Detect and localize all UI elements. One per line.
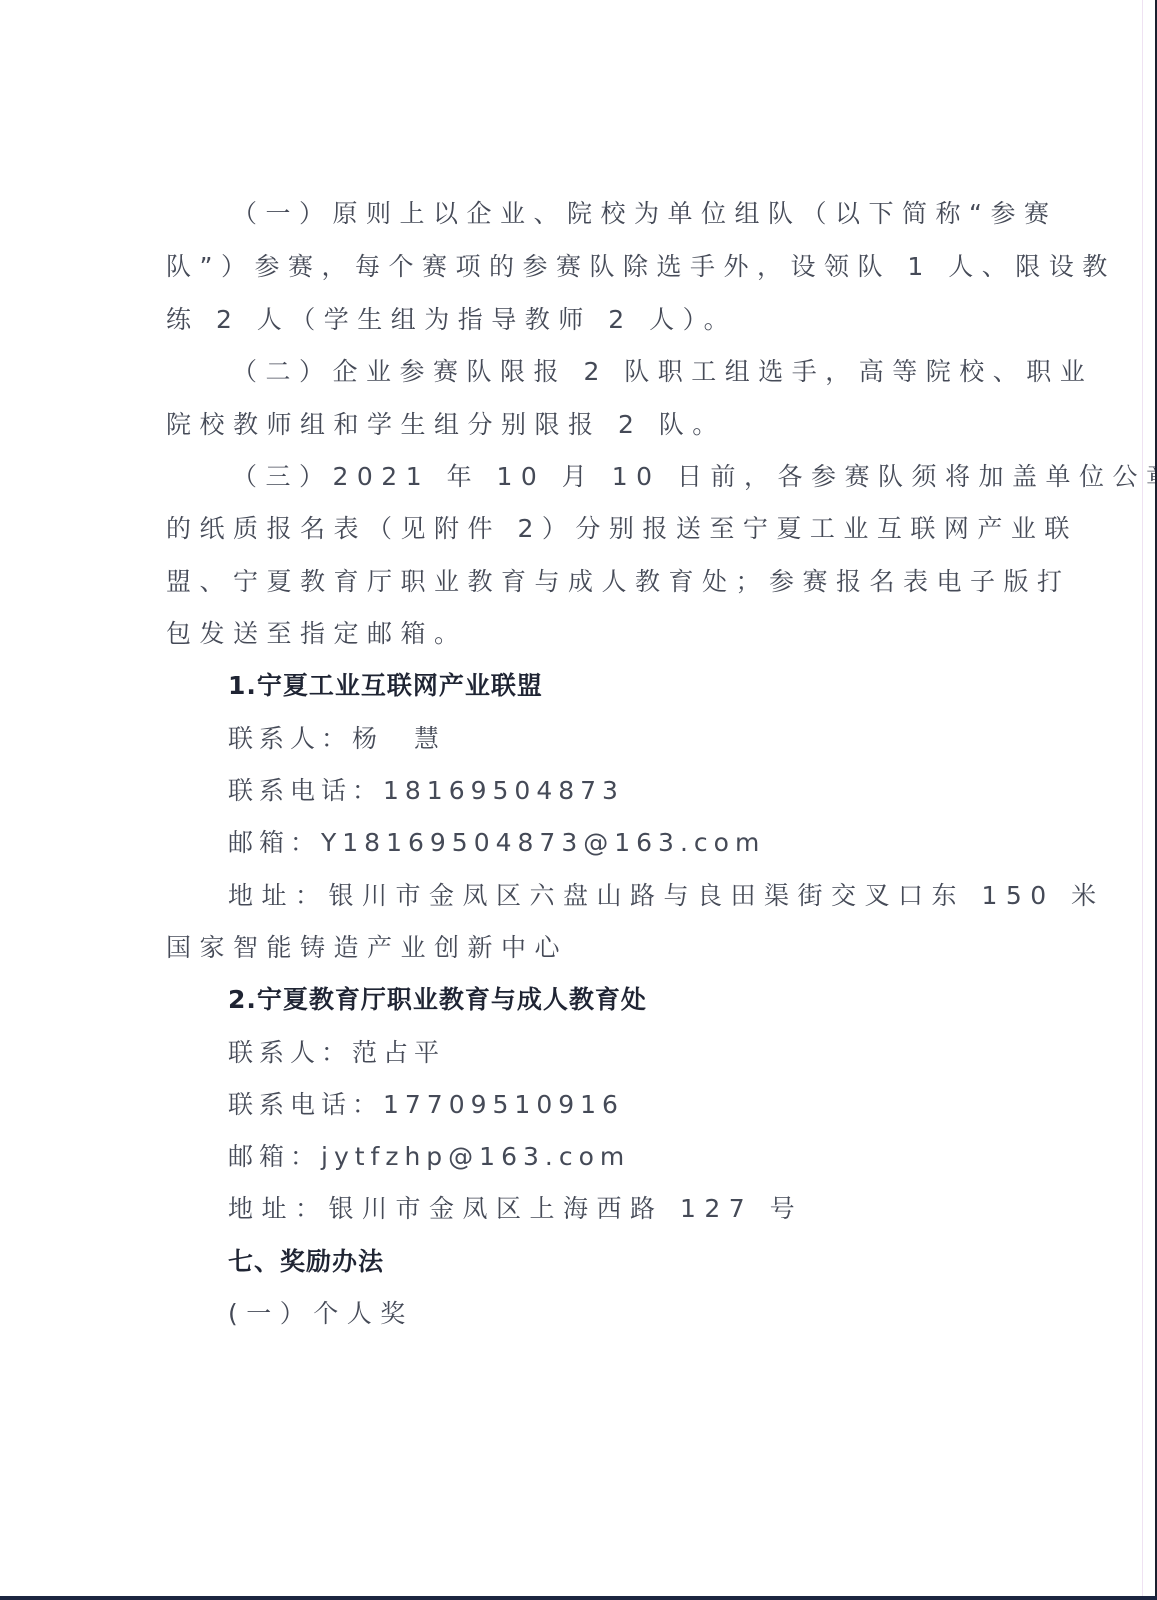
contact-2-address: 地址：银川市金凤区上海西路 127 号 — [228, 1193, 803, 1225]
paragraph-3-line-1: （三）2021 年 10 月 10 日前，各参赛队须将加盖单位公章 — [232, 461, 1157, 493]
paragraph-3-line-3: 盟、宁夏教育厅职业教育与成人教育处；参赛报名表电子版打 — [166, 566, 1071, 598]
paragraph-2-line-2: 院校教师组和学生组分别限报 2 队。 — [166, 409, 726, 441]
contact-1-heading: 1.宁夏工业互联网产业联盟 — [228, 670, 543, 702]
contact-1-address-line-1: 地址：银川市金凤区六盘山路与良田渠街交叉口东 150 米 — [228, 880, 1105, 912]
contact-1-phone: 联系电话：18169504873 — [228, 775, 624, 807]
contact-2-heading: 2.宁夏教育厅职业教育与成人教育处 — [228, 984, 647, 1016]
document-page: （一）原则上以企业、院校为单位组队（以下简称“参赛 队”）参赛，每个赛项的参赛队… — [0, 0, 1142, 1594]
contact-1-email: 邮箱：Y18169504873@163.com — [228, 827, 765, 859]
paragraph-3-line-4: 包发送至指定邮箱。 — [166, 618, 468, 650]
paragraph-1-line-3: 练 2 人（学生组为指导教师 2 人）。 — [166, 304, 737, 336]
paragraph-1-line-2: 队”）参赛，每个赛项的参赛队除选手外，设领队 1 人、限设教 — [166, 251, 1116, 283]
section-7-heading: 七、奖励办法 — [228, 1246, 384, 1278]
paragraph-3-line-2: 的纸质报名表（见附件 2）分别报送至宁夏工业互联网产业联 — [166, 513, 1078, 545]
paragraph-2-line-1: （二）企业参赛队限报 2 队职工组选手，高等院校、职业 — [232, 356, 1093, 388]
contact-2-email: 邮箱：jytfzhp@163.com — [228, 1141, 630, 1173]
scan-guide-line — [1142, 0, 1143, 1600]
contact-2-phone: 联系电话：17709510916 — [228, 1089, 624, 1121]
contact-1-person: 联系人：杨 慧 — [228, 723, 445, 755]
scan-edge-bottom — [0, 1596, 1157, 1600]
section-7-sub-1: (一）个人奖 — [228, 1298, 414, 1330]
contact-2-person: 联系人：范占平 — [228, 1037, 445, 1069]
contact-1-address-line-2: 国家智能铸造产业创新中心 — [166, 932, 568, 964]
paragraph-1-line-1: （一）原则上以企业、院校为单位组队（以下简称“参赛 — [232, 198, 1057, 230]
